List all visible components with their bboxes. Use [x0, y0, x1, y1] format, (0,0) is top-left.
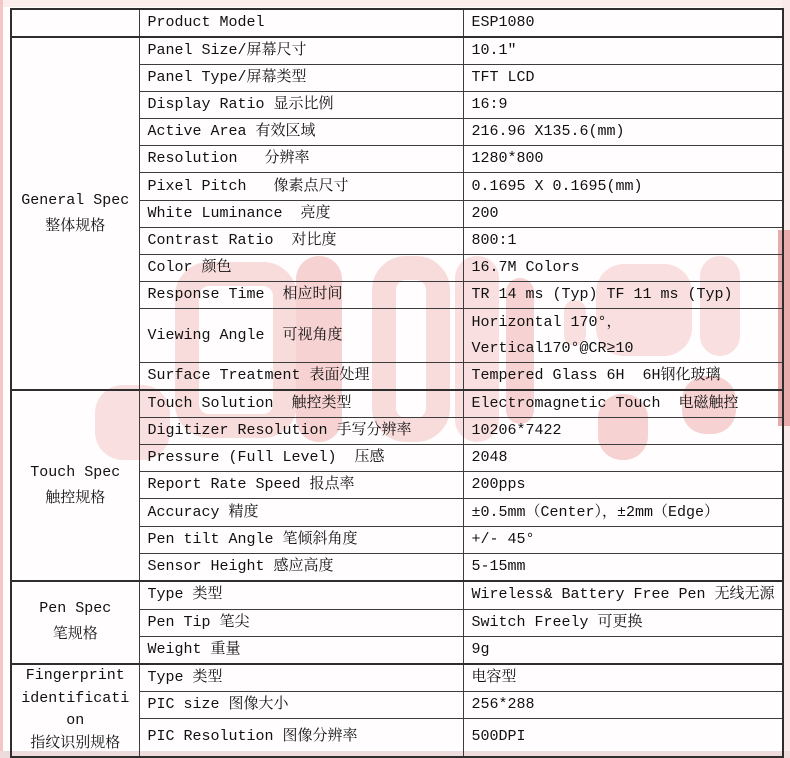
spec-label-cell: Display Ratio 显示比例	[139, 92, 463, 119]
spec-label-cell: Type 类型	[139, 581, 463, 609]
table-row: General Spec 整体规格 Panel Size/屏幕尺寸 10.1″	[11, 37, 783, 65]
category-cell-touch-spec: Touch Spec 触控规格	[11, 390, 139, 581]
spec-label-cell: Pen tilt Angle 笔倾斜角度	[139, 527, 463, 554]
spec-label-cell: Viewing Angle 可视角度	[139, 309, 463, 363]
spec-value-cell: Wireless& Battery Free Pen 无线无源	[463, 581, 783, 609]
spec-value-cell: 9g	[463, 636, 783, 664]
spec-label-cell: Sensor Height 感应高度	[139, 554, 463, 582]
spec-value-cell: Electromagnetic Touch 电磁触控	[463, 390, 783, 418]
spec-value-cell: ESP1080	[463, 9, 783, 37]
spec-value-cell: 256*288	[463, 692, 783, 719]
spec-value-cell: 200pps	[463, 472, 783, 499]
spec-value-cell: TR 14 ms (Typ) TF 11 ms (Typ)	[463, 282, 783, 309]
spec-label-cell: Active Area 有效区域	[139, 119, 463, 146]
spec-label-cell: Panel Type/屏幕类型	[139, 65, 463, 92]
spec-sheet-page: Product Model ESP1080 General Spec 整体规格 …	[0, 0, 790, 758]
spec-label-cell: Product Model	[139, 9, 463, 37]
spec-table: Product Model ESP1080 General Spec 整体规格 …	[10, 8, 784, 758]
spec-value-cell: 800:1	[463, 228, 783, 255]
spec-label-cell: Pen Tip 笔尖	[139, 609, 463, 636]
spec-value-cell: 10.1″	[463, 37, 783, 65]
spec-label-cell: Color 颜色	[139, 255, 463, 282]
category-cell-fingerprint: Fingerprint identification 指纹识别规格	[11, 664, 139, 757]
table-row: Pen Spec 笔规格 Type 类型 Wireless& Battery F…	[11, 581, 783, 609]
spec-value-cell: 200	[463, 201, 783, 228]
spec-value-cell: 216.96 X135.6(mm)	[463, 119, 783, 146]
spec-value-cell: Tempered Glass 6H 6H钢化玻璃	[463, 363, 783, 391]
spec-label-cell: Report Rate Speed 报点率	[139, 472, 463, 499]
spec-value-cell: +/- 45°	[463, 527, 783, 554]
spec-value-cell: 电容型	[463, 664, 783, 692]
spec-value-cell: 10206*7422	[463, 418, 783, 445]
spec-label-cell: Accuracy 精度	[139, 499, 463, 527]
spec-value-cell: 16:9	[463, 92, 783, 119]
spec-label-cell: Pixel Pitch 像素点尺寸	[139, 173, 463, 201]
spec-value-cell: 16.7M Colors	[463, 255, 783, 282]
page-edge-left	[0, 0, 3, 758]
spec-value-cell: Horizontal 170°，Vertical170°@CR≥10	[463, 309, 783, 363]
spec-label-cell: Surface Treatment 表面处理	[139, 363, 463, 391]
spec-label-cell: Type 类型	[139, 664, 463, 692]
spec-label-cell: PIC size 图像大小	[139, 692, 463, 719]
category-cell-empty	[11, 9, 139, 37]
spec-label-cell: Contrast Ratio 对比度	[139, 228, 463, 255]
category-cell-pen-spec: Pen Spec 笔规格	[11, 581, 139, 664]
spec-value-cell: Switch Freely 可更换	[463, 609, 783, 636]
spec-value-cell: 500DPI	[463, 719, 783, 757]
spec-label-cell: Pressure (Full Level) 压感	[139, 445, 463, 472]
spec-value-cell: 2048	[463, 445, 783, 472]
spec-label-cell: Resolution 分辨率	[139, 146, 463, 173]
spec-label-cell: Panel Size/屏幕尺寸	[139, 37, 463, 65]
spec-value-cell: ±0.5mm（Center），±2mm（Edge）	[463, 499, 783, 527]
spec-label-cell: Response Time 相应时间	[139, 282, 463, 309]
spec-label-cell: White Luminance 亮度	[139, 201, 463, 228]
table-row: Fingerprint identification 指纹识别规格 Type 类…	[11, 664, 783, 692]
spec-value-cell: 0.1695 X 0.1695(mm)	[463, 173, 783, 201]
spec-label-cell: Weight 重量	[139, 636, 463, 664]
page-edge-top	[0, 0, 790, 7]
spec-label-cell: Touch Solution 触控类型	[139, 390, 463, 418]
spec-value-cell: 1280*800	[463, 146, 783, 173]
table-row: Product Model ESP1080	[11, 9, 783, 37]
table-row: Touch Spec 触控规格 Touch Solution 触控类型 Elec…	[11, 390, 783, 418]
spec-label-cell: PIC Resolution 图像分辨率	[139, 719, 463, 757]
spec-value-cell: TFT LCD	[463, 65, 783, 92]
spec-label-cell: Digitizer Resolution 手写分辨率	[139, 418, 463, 445]
category-cell-general-spec: General Spec 整体规格	[11, 37, 139, 390]
spec-value-cell: 5-15mm	[463, 554, 783, 582]
